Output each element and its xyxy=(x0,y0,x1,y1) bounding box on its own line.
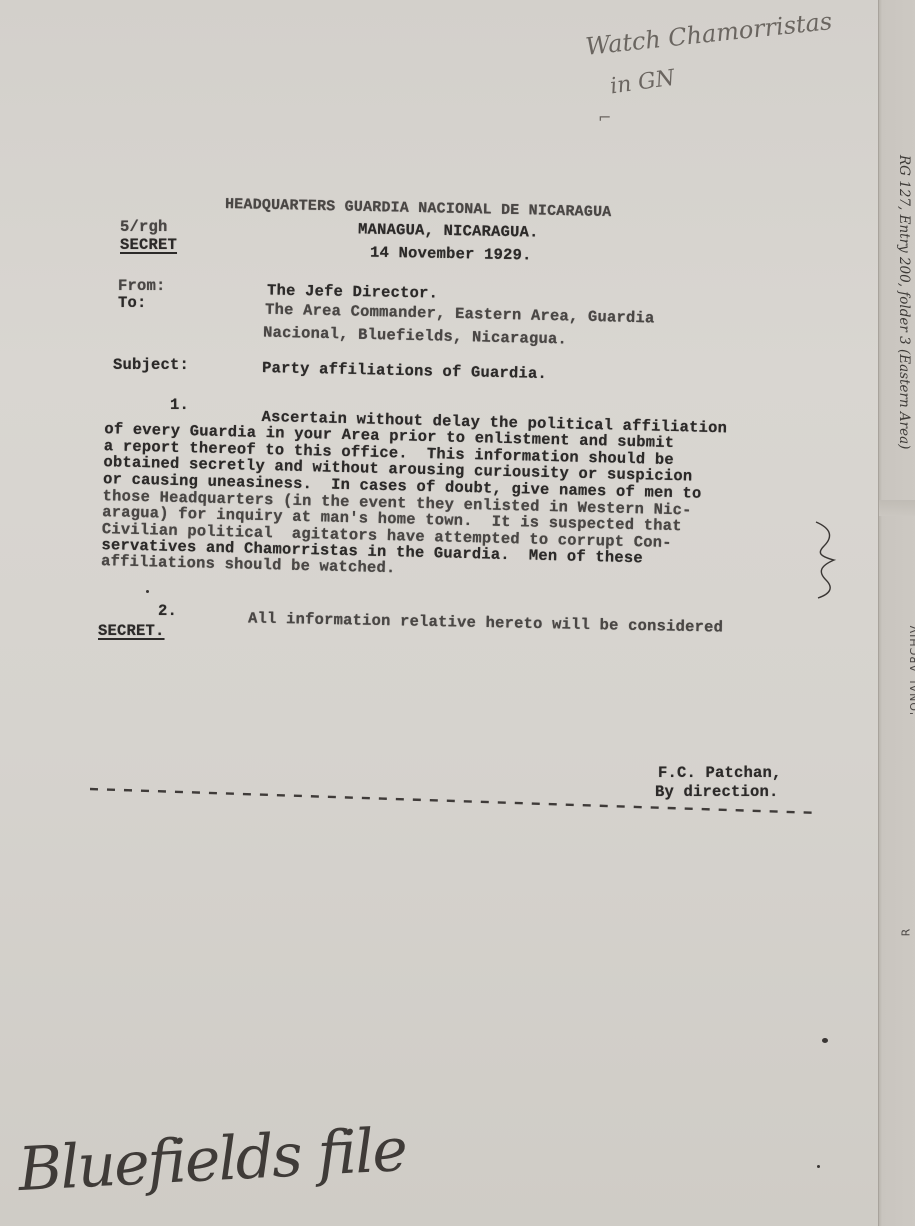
classification-top: SECRET xyxy=(120,236,177,254)
header-line2: MANAGUA, NICARAGUA. xyxy=(358,220,539,241)
to-value-line2: Nacional, Bluefields, Nicaragua. xyxy=(263,324,567,349)
from-value: The Jefe Director. xyxy=(267,282,438,303)
handwritten-file-note: Bluefields file xyxy=(16,1115,407,1205)
subject-value: Party affiliations of Guardia. xyxy=(262,359,547,383)
archive-stamp-letter: R xyxy=(899,929,912,937)
reference-code: 5/rgh xyxy=(120,218,168,236)
paragraph-1-number: 1. xyxy=(170,396,189,414)
header-line1: HEADQUARTERS GUARDIA NACIONAL DE NICARAG… xyxy=(225,196,612,221)
archive-margin-note: RG 127, Entry 200, folder 3 (Eastern Are… xyxy=(896,155,912,449)
from-label: From: xyxy=(118,277,166,295)
dashed-divider xyxy=(90,787,820,817)
classification-bottom: SECRET. xyxy=(98,622,165,640)
sheet-fold xyxy=(879,500,915,516)
handwritten-brace xyxy=(812,520,842,600)
document-date: 14 November 1929. xyxy=(370,244,532,265)
to-label: To: xyxy=(118,294,147,312)
handwritten-note-top-line2: in GN xyxy=(609,66,677,100)
ink-speck xyxy=(822,1038,828,1043)
archive-stamp: 'ONAL ARCHIV. xyxy=(908,622,915,715)
subject-label: Subject: xyxy=(113,356,189,374)
ink-speck xyxy=(817,1165,820,1168)
paragraph-2-number: 2. xyxy=(158,602,177,620)
signature-name: F.C. Patchan, xyxy=(658,764,782,782)
archive-side-sheet: RG 127, Entry 200, folder 3 (Eastern Are… xyxy=(878,0,915,1226)
to-value-line1: The Area Commander, Eastern Area, Guardi… xyxy=(265,301,655,328)
handwritten-mark: ⌐ xyxy=(598,108,611,127)
handwritten-note-top: Watch Chamorristas xyxy=(584,7,833,61)
document-page: Watch Chamorristas in GN ⌐ 5/rgh SECRET … xyxy=(0,0,878,1226)
paragraph-2-text: All information relative hereto will be … xyxy=(248,609,723,636)
ink-speck xyxy=(146,590,149,593)
